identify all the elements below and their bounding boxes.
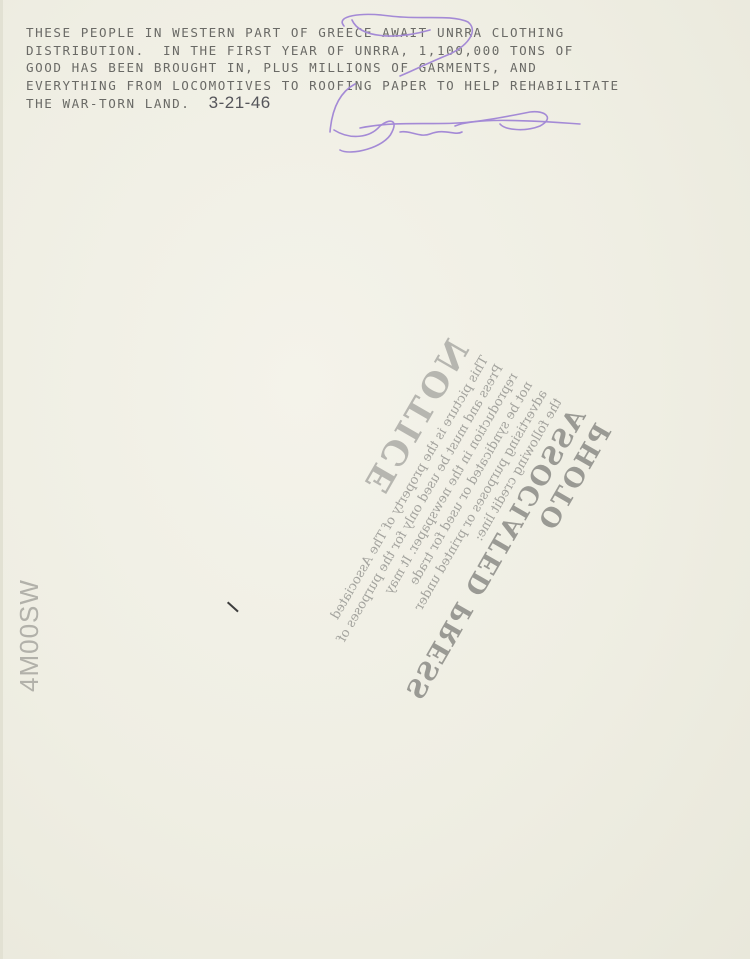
associated-press-stamp: NOTICE This picture is the property of T… xyxy=(253,333,642,777)
pencil-notation: 4M00SW xyxy=(14,552,54,692)
pencil-mark xyxy=(227,602,238,612)
handwritten-food-note xyxy=(0,0,750,200)
photo-verso-page: THESE PEOPLE IN WESTERN PART OF GREECE A… xyxy=(0,0,750,959)
